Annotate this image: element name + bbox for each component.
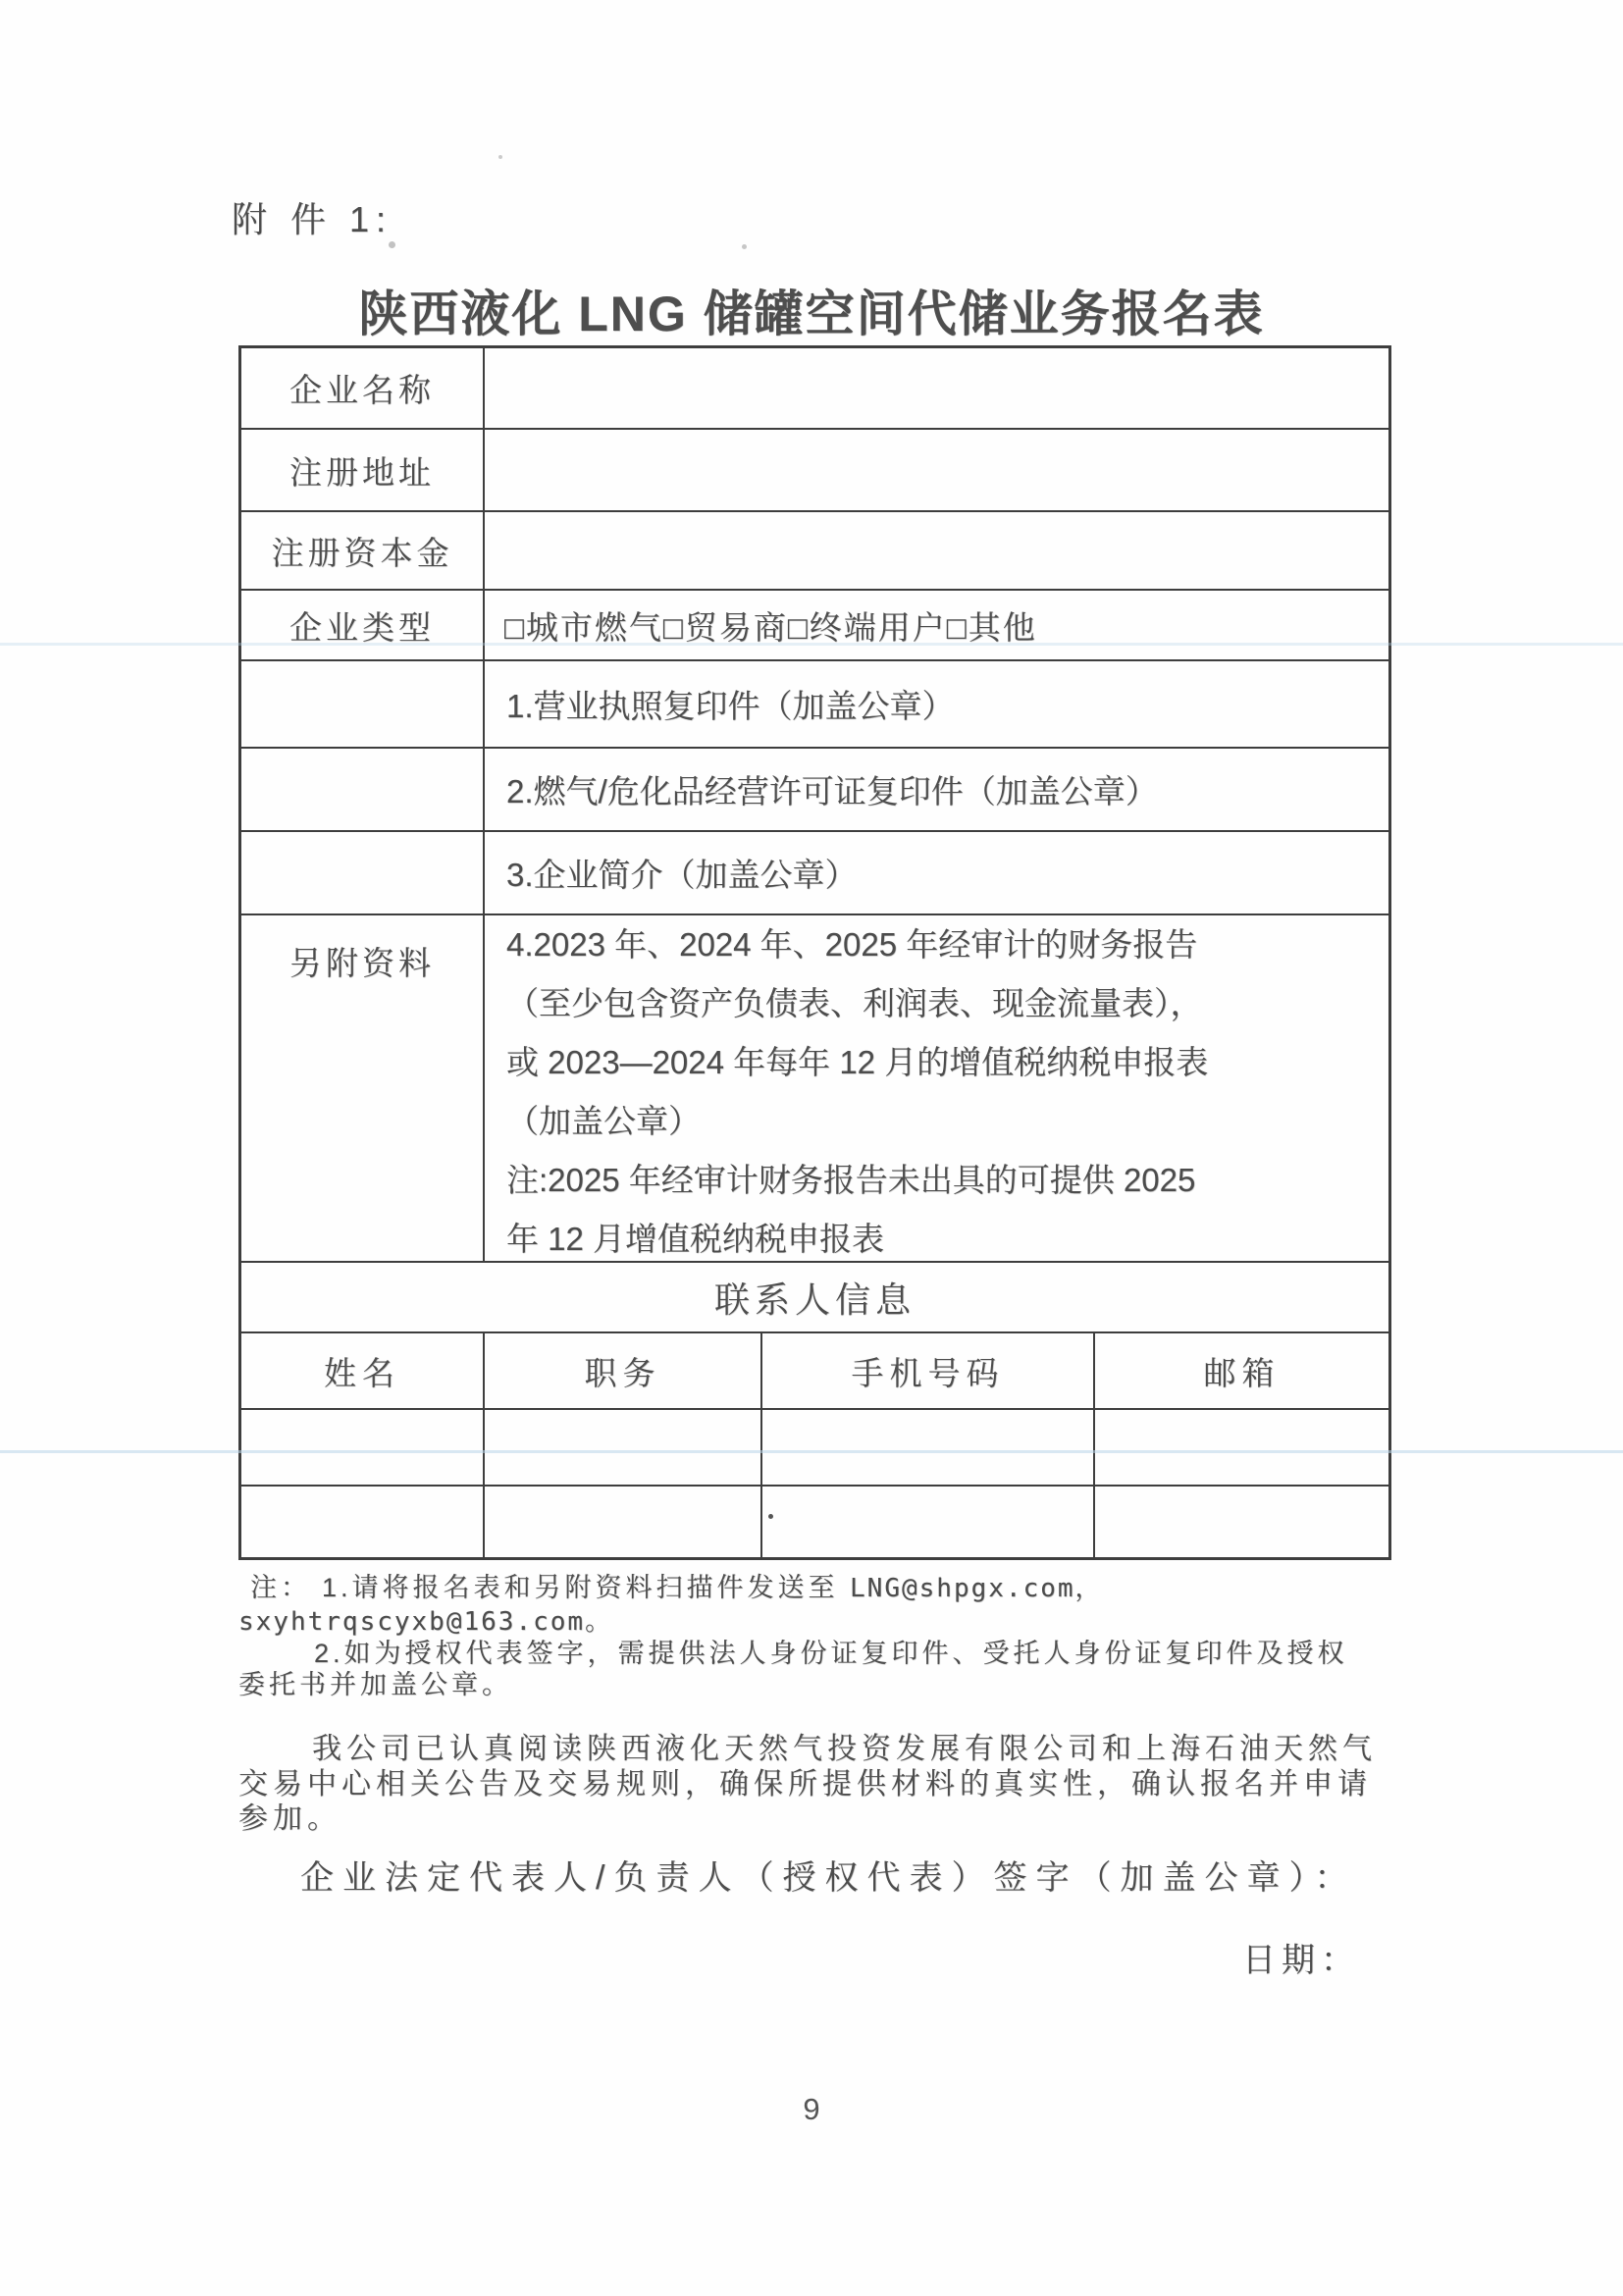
note-prefix: 注： xyxy=(250,1573,311,1602)
field-value-registered-address xyxy=(485,430,1388,510)
contact-column-mobile: 手机号码 xyxy=(762,1333,1093,1408)
attachment-item-4-line: 4.2023 年、2024 年、2025 年经审计的财务报告 xyxy=(506,915,1388,974)
contact-cell xyxy=(1095,1487,1388,1557)
field-label-company-type: 企业类型 xyxy=(241,591,483,659)
attachment-item-3: 3.企业简介（加盖公章） xyxy=(485,832,1388,913)
contact-cell xyxy=(241,1410,483,1485)
attachment-item-4-line: 注:2025 年经审计财务报告未出具的可提供 2025 xyxy=(506,1151,1388,1210)
ink-dot-artifact xyxy=(768,1514,773,1519)
field-label-registered-address: 注册地址 xyxy=(241,430,483,510)
note-line-1: 注：1.请将报名表和另附资料扫描件发送至 LNG@shpgx.com， xyxy=(238,1566,1103,1604)
attachment-item-1: 1.营业执照复印件（加盖公章） xyxy=(485,661,1388,747)
attachment-item-4-line: 年 12 月增值税纳税申报表 xyxy=(506,1210,1388,1269)
contact-info-section-title: 联系人信息 xyxy=(241,1263,1388,1331)
field-label-attached-materials: 另附资料 xyxy=(241,661,483,1261)
scan-speck xyxy=(742,244,747,249)
contact-cell xyxy=(241,1487,483,1557)
scanner-artifact-line xyxy=(0,1450,1623,1453)
declaration-line-2: 交易中心相关公告及交易规则，确保所提供材料的真实性，确认报名并申请 xyxy=(238,1759,1372,1802)
note-email-1: LNG@shpgx.com， xyxy=(850,1574,1103,1603)
field-value-company-name xyxy=(485,348,1388,428)
page-title: 陕西液化 LNG 储罐空间代储业务报名表 xyxy=(0,275,1623,345)
attachment-item-4: 4.2023 年、2024 年、2025 年经审计的财务报告 （至少包含资产负债… xyxy=(485,915,1388,1261)
attachment-item-2: 2.燃气/危化品经营许可证复印件（加盖公章） xyxy=(485,749,1388,830)
contact-cell xyxy=(1095,1410,1388,1485)
declaration-line-3: 参加。 xyxy=(238,1794,341,1837)
attachment-item-4-line: （加盖公章） xyxy=(506,1092,1388,1151)
field-label-company-name: 企业名称 xyxy=(241,348,483,428)
contact-cell xyxy=(762,1487,1093,1557)
field-label-registered-capital: 注册资本金 xyxy=(241,512,483,589)
contact-cell xyxy=(762,1410,1093,1485)
attachment-item-4-line: （至少包含资产负债表、利润表、现金流量表）， xyxy=(506,974,1388,1033)
note-line-2b: 委托书并加盖公章。 xyxy=(238,1663,512,1701)
contact-cell xyxy=(485,1487,760,1557)
date-label: 日期： xyxy=(1242,1933,1360,1981)
contact-column-position: 职务 xyxy=(485,1333,760,1408)
contact-column-email: 邮箱 xyxy=(1095,1333,1388,1408)
note-1-text: 1.请将报名表和另附资料扫描件发送至 xyxy=(322,1573,850,1602)
attachment-label: 附 件 1: xyxy=(232,192,393,242)
legal-representative-signature-line: 企业法定代表人/负责人（授权代表）签字（加盖公章）： xyxy=(300,1851,1356,1899)
contact-column-name: 姓名 xyxy=(241,1333,483,1408)
contact-cell xyxy=(485,1410,760,1485)
page-number: 9 xyxy=(0,2092,1623,2127)
field-value-registered-capital xyxy=(485,512,1388,589)
scanner-artifact-line xyxy=(0,643,1623,646)
company-type-checkbox-options: □城市燃气□贸易商□终端用户□其他 xyxy=(485,591,1388,659)
registration-form-table: 企业名称 注册地址 注册资本金 企业类型 □城市燃气□贸易商□终端用户□其他 另… xyxy=(238,345,1391,1560)
scan-speck xyxy=(498,155,502,159)
scan-speck xyxy=(389,241,395,248)
attachment-item-4-line: 或 2023—2024 年每年 12 月的增值税纳税申报表 xyxy=(506,1033,1388,1092)
